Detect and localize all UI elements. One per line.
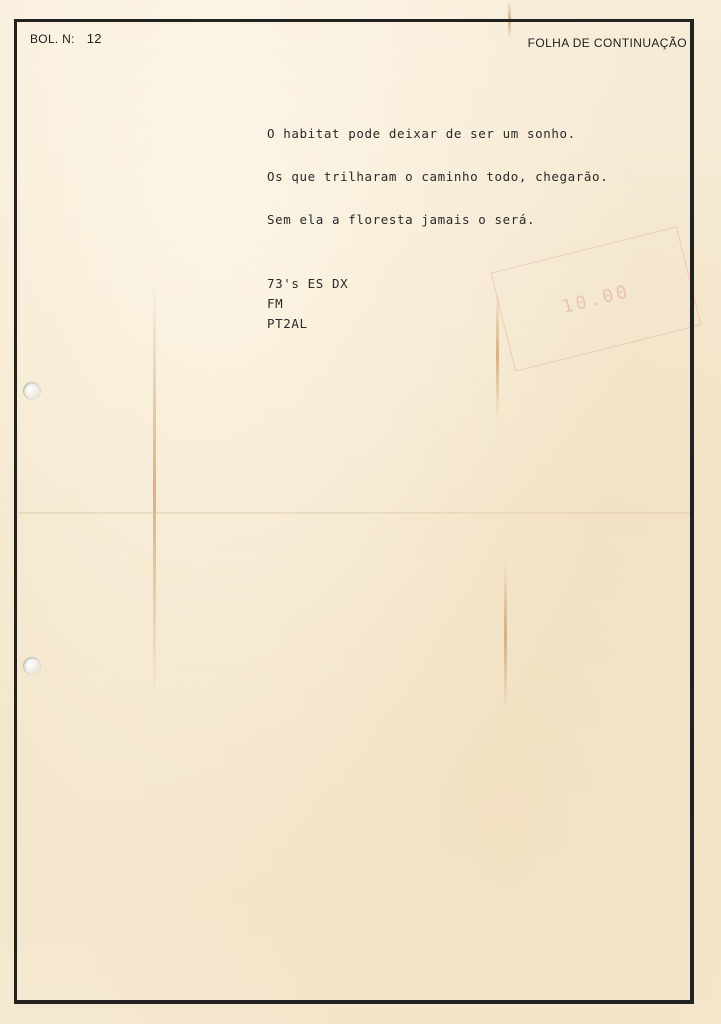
signature-line: 73's ES DX [267, 274, 348, 294]
bulletin-value: 12 [87, 31, 102, 46]
body-line: Sem ela a floresta jamais o será. [267, 209, 608, 230]
signature-line: PT2AL [267, 314, 348, 334]
signature-block: 73's ES DX FM PT2AL [267, 274, 348, 334]
bulletin-number: BOL. N:12 [30, 31, 102, 46]
punch-hole [23, 657, 41, 675]
body-line: O habitat pode deixar de ser um sonho. [267, 123, 608, 144]
punch-hole [23, 382, 41, 400]
sheet-title: FOLHA DE CONTINUAÇÃO [528, 36, 687, 50]
body-line: Os que trilharam o caminho todo, chegarã… [267, 166, 608, 187]
signature-line: FM [267, 294, 348, 314]
letter-body: O habitat pode deixar de ser um sonho. O… [267, 123, 608, 230]
bulletin-label: BOL. N: [30, 32, 75, 46]
